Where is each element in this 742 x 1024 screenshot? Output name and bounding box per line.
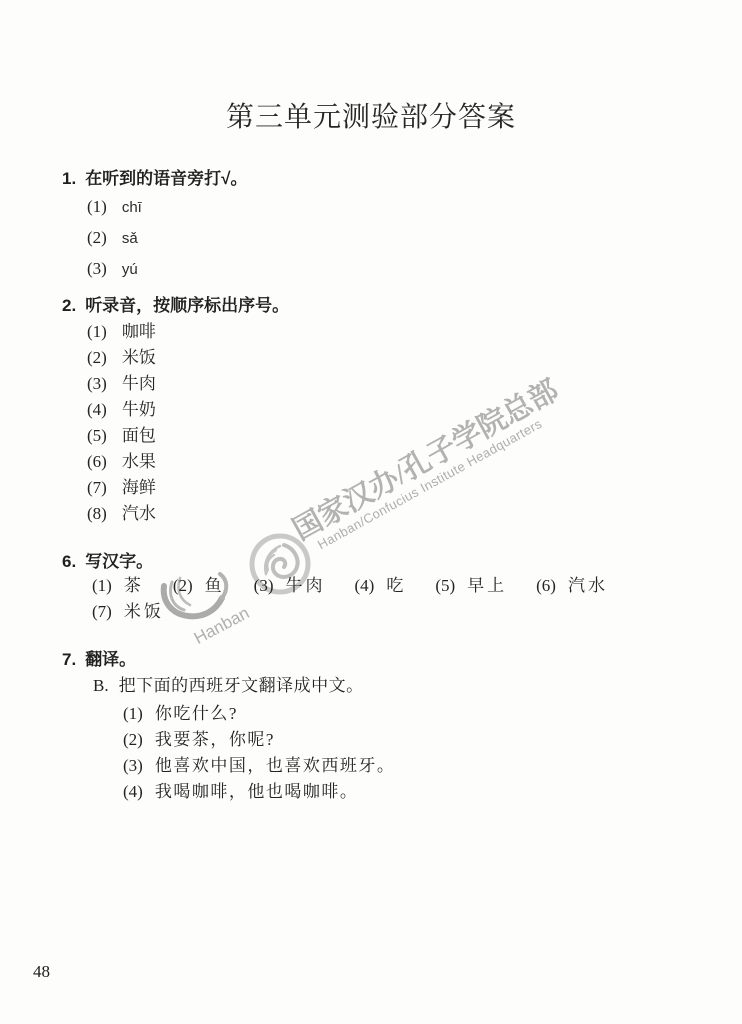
answer-text: 海鲜 — [122, 475, 156, 501]
answer-item: (2) 鱼 — [173, 573, 225, 599]
answer-item: (4) 牛奶 — [87, 397, 712, 423]
page-number: 48 — [33, 962, 50, 982]
answer-number: (3) — [87, 371, 107, 397]
answer-number: (4) — [123, 779, 143, 805]
answer-item: (3) 他喜欢中国，也喜欢西班牙。 — [123, 753, 712, 779]
answer-number: (1) — [87, 192, 107, 222]
answer-item: (2) sǎ — [87, 223, 712, 254]
question-title: 翻译。 — [85, 650, 136, 669]
answer-item: (4) 我喝咖啡，他也喝咖啡。 — [123, 779, 712, 805]
question-1-answers: (1) chī (2) sǎ (3) yú — [62, 192, 712, 285]
question-number: 7. — [62, 650, 76, 669]
answer-text: 汽水 — [568, 573, 608, 599]
answer-item: (6) 汽水 — [536, 573, 608, 599]
question-2: 2.听录音，按顺序标出序号。 (1) 咖啡 (2) 米饭 (3) 牛肉 (4) … — [62, 295, 712, 527]
document-page: Hanban 国家汉办/孔子学院总部 Hanban/Confucius Inst… — [0, 0, 742, 1024]
answer-item: (1) 你吃什么? — [123, 701, 712, 727]
subquestion-title: 把下面的西班牙文翻译成中文。 — [119, 673, 364, 699]
answer-number: (1) — [123, 701, 143, 727]
answer-text: 面包 — [122, 423, 156, 449]
answer-item: (1) 茶 — [92, 573, 144, 599]
question-7-heading: 7.翻译。 — [62, 649, 712, 671]
answer-text: 汽水 — [122, 501, 156, 527]
answer-number: (7) — [92, 599, 112, 625]
answer-text: 茶 — [124, 573, 144, 599]
answer-text: sǎ — [122, 224, 138, 254]
question-7: 7.翻译。 B. 把下面的西班牙文翻译成中文。 (1) 你吃什么? (2) 我要… — [62, 649, 712, 805]
page-content: 第三单元测验部分答案 1.在听到的语音旁打√。 (1) chī (2) sǎ (… — [0, 0, 742, 1024]
answer-item: (2) 我要茶，你呢? — [123, 727, 712, 753]
answer-item: (8) 汽水 — [87, 501, 712, 527]
answer-item: (5) 面包 — [87, 423, 712, 449]
question-6-heading: 6.写汉字。 — [62, 551, 712, 573]
answer-number: (2) — [123, 727, 143, 753]
answer-text: 水果 — [122, 449, 156, 475]
answer-text: 我要茶，你呢? — [155, 727, 275, 753]
answer-number: (5) — [87, 423, 107, 449]
question-title: 在听到的语音旁打√。 — [85, 169, 247, 188]
answer-item: (5) 早上 — [435, 573, 507, 599]
answer-item: (1) chī — [87, 192, 712, 223]
answer-text: chī — [122, 193, 142, 223]
question-2-answers: (1) 咖啡 (2) 米饭 (3) 牛肉 (4) 牛奶 (5) 面包 — [62, 319, 712, 527]
answer-item: (1) 咖啡 — [87, 319, 712, 345]
answer-number: (6) — [87, 449, 107, 475]
answer-number: (2) — [87, 345, 107, 371]
answer-item: (3) yú — [87, 254, 712, 285]
answer-text: 米饭 — [122, 345, 156, 371]
page-title: 第三单元测验部分答案 — [0, 101, 742, 135]
question-7-answers: (1) 你吃什么? (2) 我要茶，你呢? (3) 他喜欢中国，也喜欢西班牙。 … — [62, 701, 712, 805]
question-7-subheading: B. 把下面的西班牙文翻译成中文。 — [62, 673, 712, 699]
answer-number: (1) — [87, 319, 107, 345]
answer-number: (8) — [87, 501, 107, 527]
answer-text: 鱼 — [205, 573, 225, 599]
answer-number: (3) — [123, 753, 143, 779]
question-1-heading: 1.在听到的语音旁打√。 — [62, 168, 712, 190]
answer-item: (2) 米饭 — [87, 345, 712, 371]
answer-text: 牛奶 — [122, 397, 156, 423]
question-6-answers-row1: (1) 茶 (2) 鱼 (3) 牛肉 (4) 吃 (5) 早上 — [62, 573, 712, 599]
question-6-answers-row2: (7) 米饭 — [62, 599, 712, 625]
answer-text: 牛肉 — [122, 371, 156, 397]
answer-number: (2) — [87, 223, 107, 253]
answer-text: 你吃什么? — [155, 701, 238, 727]
answer-text: 米饭 — [124, 599, 164, 625]
question-number: 6. — [62, 552, 76, 571]
answer-number: (6) — [536, 573, 556, 599]
answer-number: (1) — [92, 573, 112, 599]
answer-number: (3) — [87, 254, 107, 284]
question-title: 听录音，按顺序标出序号。 — [85, 296, 289, 315]
answer-number: (2) — [173, 573, 193, 599]
question-2-heading: 2.听录音，按顺序标出序号。 — [62, 295, 712, 317]
question-number: 1. — [62, 169, 76, 188]
question-6: 6.写汉字。 (1) 茶 (2) 鱼 (3) 牛肉 (4) 吃 — [62, 551, 712, 625]
answer-number: (4) — [354, 573, 374, 599]
answer-item: (4) 吃 — [354, 573, 406, 599]
answer-item: (3) 牛肉 — [254, 573, 326, 599]
answer-item: (7) 米饭 — [92, 599, 164, 625]
answer-text: 早上 — [467, 573, 507, 599]
answer-item: (3) 牛肉 — [87, 371, 712, 397]
question-number: 2. — [62, 296, 76, 315]
answer-item: (6) 水果 — [87, 449, 712, 475]
answer-text: 吃 — [386, 573, 406, 599]
answer-number: (7) — [87, 475, 107, 501]
subquestion-letter: B. — [93, 673, 109, 699]
question-1: 1.在听到的语音旁打√。 (1) chī (2) sǎ (3) yú — [62, 168, 712, 285]
answer-number: (5) — [435, 573, 455, 599]
answer-number: (4) — [87, 397, 107, 423]
answer-text: yú — [122, 255, 138, 285]
question-title: 写汉字。 — [85, 552, 153, 571]
answer-text: 他喜欢中国，也喜欢西班牙。 — [155, 753, 396, 779]
answer-number: (3) — [254, 573, 274, 599]
answer-text: 牛肉 — [285, 573, 325, 599]
answer-text: 咖啡 — [122, 319, 156, 345]
answer-text: 我喝咖啡，他也喝咖啡。 — [155, 779, 359, 805]
answer-item: (7) 海鲜 — [87, 475, 712, 501]
